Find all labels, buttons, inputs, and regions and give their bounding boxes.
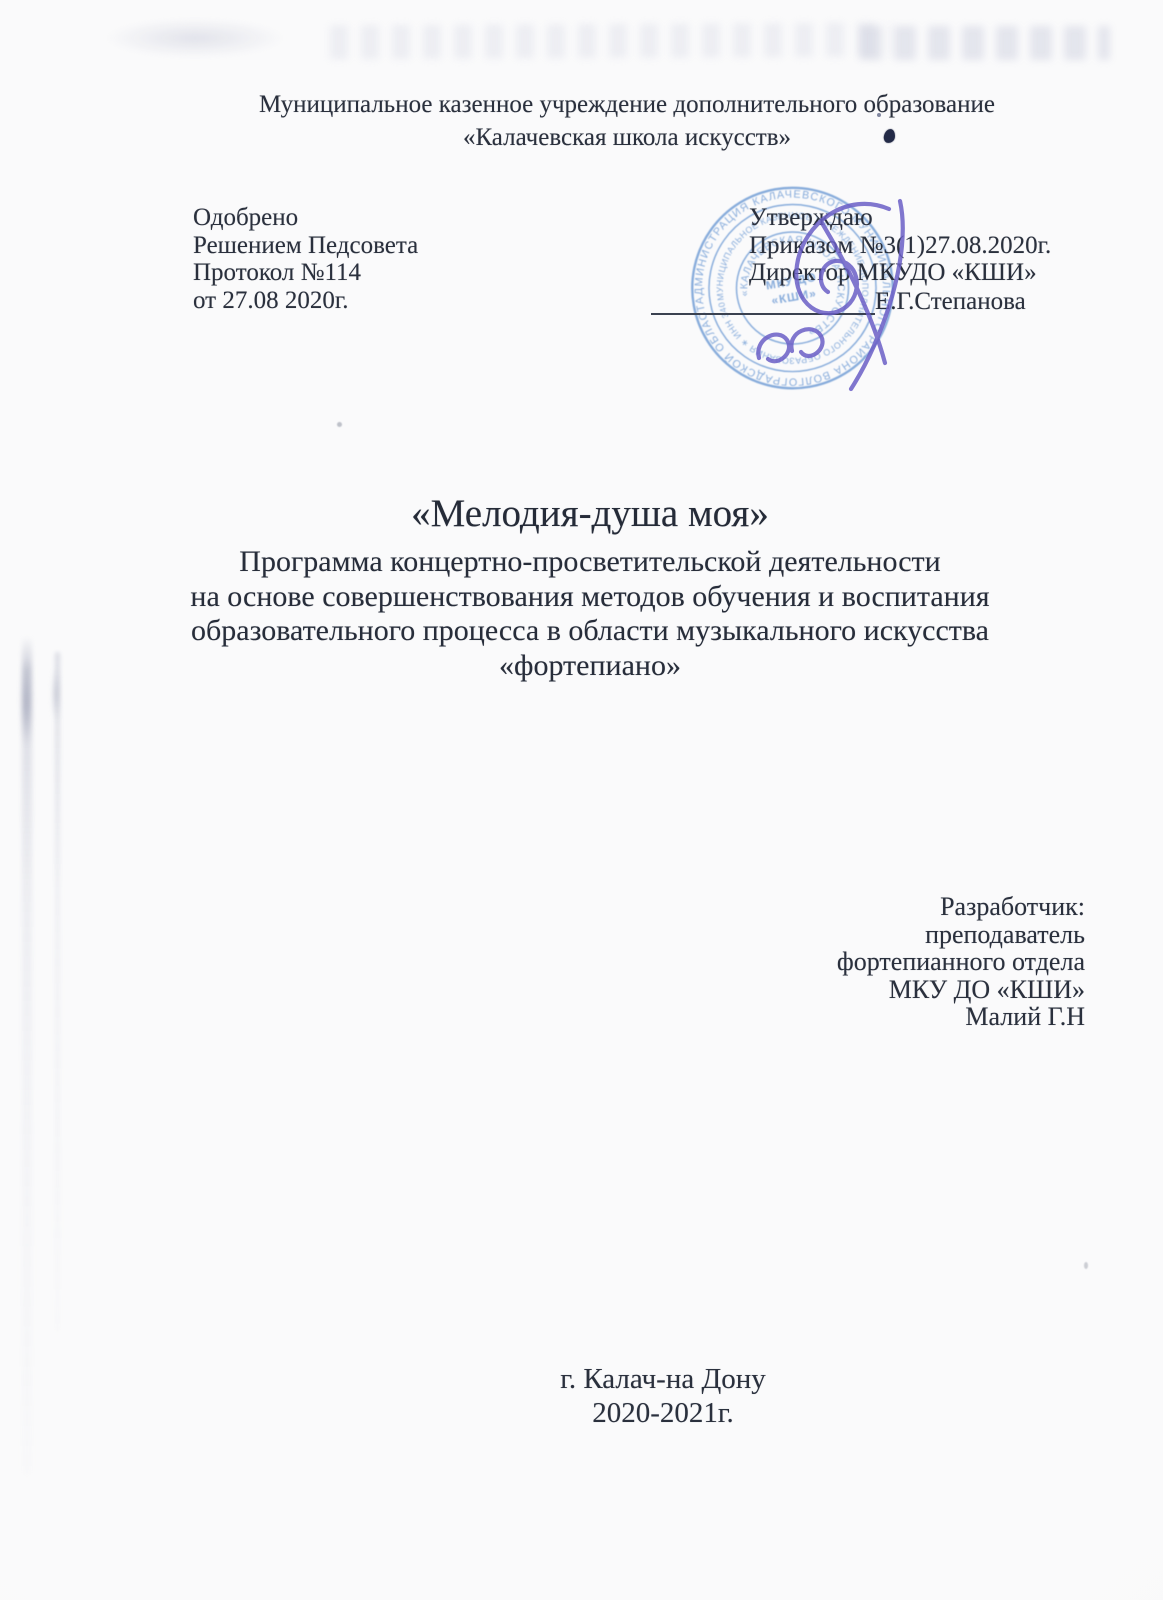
program-subtitle-line4: «фортепиано» [70,649,1110,684]
developer-label: Разработчик: [663,893,1085,921]
scanned-document-page: { "document": { "header": { "line1": "Му… [0,0,1163,1600]
developer-block: Разработчик: преподаватель фортепианного… [663,893,1085,1031]
approved-label: Одобрено [193,204,613,232]
scan-streak-left-head [19,646,34,761]
protocol-date-line: от 27.08 2020г. [193,287,613,315]
paper-speck-2 [1084,1262,1088,1269]
director-signature [737,193,922,393]
signature-stroke-ee [758,329,822,361]
program-subtitle-line1: Программа концертно-просветительской дея… [70,545,1110,580]
developer-role-line: преподаватель [663,921,1085,949]
footer-block: г. Калач-на Дону 2020-2021г. [398,1362,928,1430]
scan-artifact-top-left [75,12,315,64]
paper-speck-1 [337,422,342,427]
scan-artifact-top-right [860,26,1110,60]
organization-name-line1: Муниципальное казенное учреждение дополн… [91,88,1163,121]
scan-artifact-top-band [330,23,890,60]
title-block: «Мелодия-душа моя» Программа концертно-п… [70,492,1110,683]
ink-speck-mark [877,113,881,117]
scan-streak-left [22,636,32,1476]
scan-streak-left-2-head [51,658,61,730]
organization-name-line2: «Калачевская школа искусств» [91,121,1163,154]
council-decision-line: Решением Педсовета [193,232,613,260]
developer-name: Малий Г.Н [663,1003,1085,1031]
approval-left-block: Одобрено Решением Педсовета Протокол №11… [193,204,613,314]
program-subtitle-line3: образовательного процесса в области музы… [70,614,1110,649]
program-title: «Мелодия-душа моя» [70,492,1110,536]
developer-department-line: фортепианного отдела [663,948,1085,976]
program-subtitle: Программа концертно-просветительской дея… [70,545,1110,683]
protocol-number-line: Протокол №114 [193,259,613,287]
organization-header: Муниципальное казенное учреждение дополн… [91,88,1163,154]
developer-institution-line: МКУ ДО «КШИ» [663,976,1085,1004]
scan-streak-left-2 [55,652,60,1332]
program-subtitle-line2: на основе совершенствования методов обуч… [70,580,1110,615]
footer-city: г. Калач-на Дону [398,1362,928,1396]
footer-years: 2020-2021г. [398,1396,928,1430]
